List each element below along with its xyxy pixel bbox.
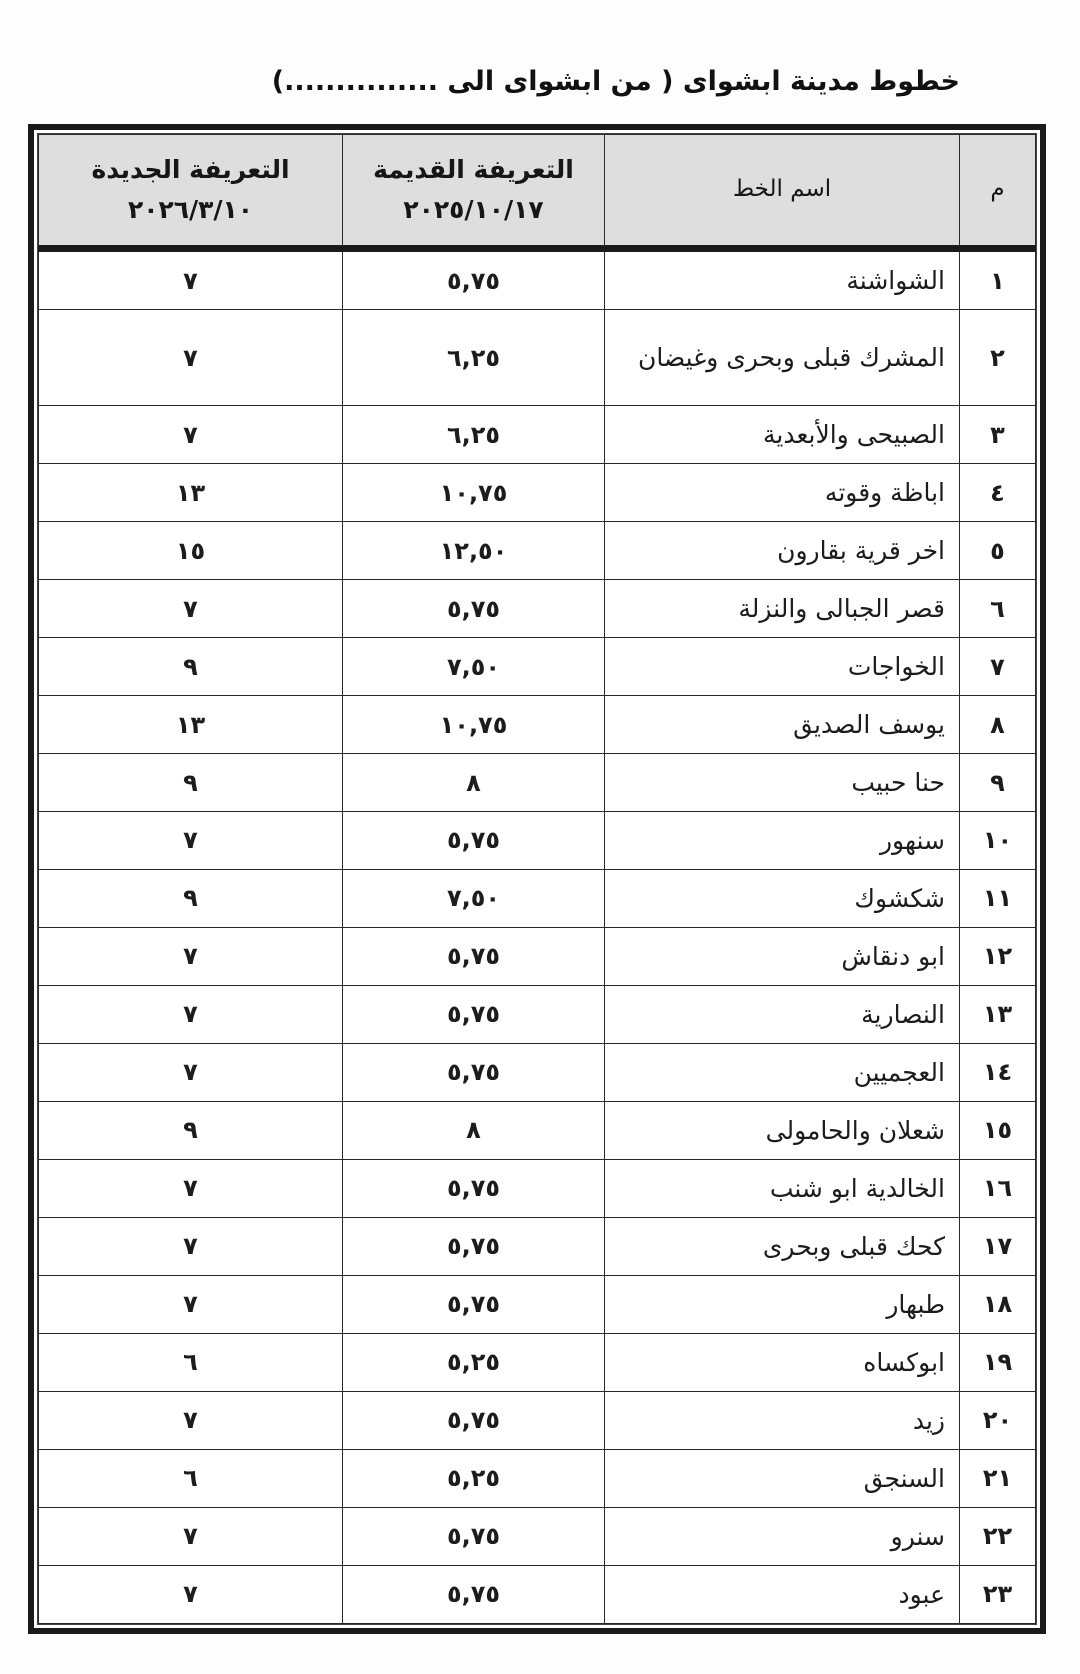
new-fare: ٧ (39, 1391, 343, 1449)
header-new-fare-label: التعريفة الجديدة (91, 155, 289, 184)
row-number: ١٢ (960, 927, 1036, 985)
new-fare: ٩ (39, 869, 343, 927)
new-fare: ١٥ (39, 522, 343, 580)
table-row: ١١ شكشوك ٧,٥٠ ٩ (39, 869, 1036, 927)
row-number: ٣ (960, 406, 1036, 464)
row-number: ٢٠ (960, 1391, 1036, 1449)
header-new-fare: التعريفة الجديدة ٢٠٢٦/٣/١٠ (39, 135, 343, 249)
line-name: العجميين (605, 1043, 960, 1101)
old-fare: ٥,٧٥ (343, 812, 605, 870)
line-name: اخر قرية بقارون (605, 522, 960, 580)
header-number: م (960, 135, 1036, 249)
row-number: ١٨ (960, 1275, 1036, 1333)
line-name: الخالدية ابو شنب (605, 1159, 960, 1217)
line-name: يوسف الصديق (605, 696, 960, 754)
line-name: اباظة وقوته (605, 464, 960, 522)
old-fare: ٦,٢٥ (343, 406, 605, 464)
new-fare: ٦ (39, 1333, 343, 1391)
row-number: ٢٣ (960, 1565, 1036, 1623)
row-number: ٤ (960, 464, 1036, 522)
old-fare: ٥,٢٥ (343, 1333, 605, 1391)
old-fare: ٨ (343, 754, 605, 812)
new-fare: ٧ (39, 1043, 343, 1101)
old-fare: ٥,٧٥ (343, 580, 605, 638)
old-fare: ٥,٧٥ (343, 1391, 605, 1449)
line-name: حنا حبيب (605, 754, 960, 812)
old-fare: ٧,٥٠ (343, 638, 605, 696)
line-name: سنهور (605, 812, 960, 870)
row-number: ٦ (960, 580, 1036, 638)
line-name: النصارية (605, 985, 960, 1043)
table-row: ٨ يوسف الصديق ١٠,٧٥ ١٣ (39, 696, 1036, 754)
header-new-fare-date: ٢٠٢٦/٣/١٠ (47, 192, 334, 228)
line-name: شعلان والحامولى (605, 1101, 960, 1159)
line-name: السنجق (605, 1449, 960, 1507)
row-number: ٢١ (960, 1449, 1036, 1507)
header-old-fare-date: ٢٠٢٥/١٠/١٧ (351, 192, 596, 228)
line-name: قصر الجبالى والنزلة (605, 580, 960, 638)
fare-table-inner-border: م اسم الخط التعريفة القديمة ٢٠٢٥/١٠/١٧ ا… (37, 133, 1037, 1625)
old-fare: ١٢,٥٠ (343, 522, 605, 580)
new-fare: ٧ (39, 1217, 343, 1275)
new-fare: ٧ (39, 1507, 343, 1565)
row-number: ١٥ (960, 1101, 1036, 1159)
new-fare: ٧ (39, 927, 343, 985)
row-number: ٩ (960, 754, 1036, 812)
new-fare: ٩ (39, 638, 343, 696)
table-row: ٣ الصبيحى والأبعدية ٦,٢٥ ٧ (39, 406, 1036, 464)
line-name: المشرك قبلى وبحرى وغيضان (605, 310, 960, 406)
new-fare: ٧ (39, 310, 343, 406)
line-name: الصبيحى والأبعدية (605, 406, 960, 464)
row-number: ١٦ (960, 1159, 1036, 1217)
old-fare: ٥,٢٥ (343, 1449, 605, 1507)
old-fare: ٥,٧٥ (343, 1043, 605, 1101)
new-fare: ٧ (39, 580, 343, 638)
row-number: ١٧ (960, 1217, 1036, 1275)
old-fare: ١٠,٧٥ (343, 696, 605, 754)
header-old-fare: التعريفة القديمة ٢٠٢٥/١٠/١٧ (343, 135, 605, 249)
new-fare: ٧ (39, 812, 343, 870)
document-page: خطوط مدينة ابشواى ( من ابشواى الى ......… (0, 0, 1080, 1674)
old-fare: ١٠,٧٥ (343, 464, 605, 522)
table-row: ١٤ العجميين ٥,٧٥ ٧ (39, 1043, 1036, 1101)
row-number: ١ (960, 249, 1036, 310)
row-number: ٢ (960, 310, 1036, 406)
line-name: عبود (605, 1565, 960, 1623)
table-row: ٢٢ سنرو ٥,٧٥ ٧ (39, 1507, 1036, 1565)
line-name: الخواجات (605, 638, 960, 696)
table-row: ٤ اباظة وقوته ١٠,٧٥ ١٣ (39, 464, 1036, 522)
line-name: ابو دنقاش (605, 927, 960, 985)
document-title: خطوط مدينة ابشواى ( من ابشواى الى ......… (272, 66, 960, 97)
table-row: ١٨ طبهار ٥,٧٥ ٧ (39, 1275, 1036, 1333)
line-name: الشواشنة (605, 249, 960, 310)
fare-table: م اسم الخط التعريفة القديمة ٢٠٢٥/١٠/١٧ ا… (38, 134, 1036, 1624)
table-row: ٧ الخواجات ٧,٥٠ ٩ (39, 638, 1036, 696)
row-number: ١١ (960, 869, 1036, 927)
table-row: ٢١ السنجق ٥,٢٥ ٦ (39, 1449, 1036, 1507)
table-row: ٦ قصر الجبالى والنزلة ٥,٧٥ ٧ (39, 580, 1036, 638)
table-row: ١٥ شعلان والحامولى ٨ ٩ (39, 1101, 1036, 1159)
table-row: ٥ اخر قرية بقارون ١٢,٥٠ ١٥ (39, 522, 1036, 580)
line-name: ابوكساه (605, 1333, 960, 1391)
header-line-name: اسم الخط (605, 135, 960, 249)
table-row: ٢٣ عبود ٥,٧٥ ٧ (39, 1565, 1036, 1623)
new-fare: ٧ (39, 985, 343, 1043)
old-fare: ٧,٥٠ (343, 869, 605, 927)
header-old-fare-label: التعريفة القديمة (373, 155, 574, 184)
row-number: ١٣ (960, 985, 1036, 1043)
table-row: ١ الشواشنة ٥,٧٥ ٧ (39, 249, 1036, 310)
row-number: ١٤ (960, 1043, 1036, 1101)
old-fare: ٥,٧٥ (343, 249, 605, 310)
new-fare: ٩ (39, 754, 343, 812)
table-row: ١٣ النصارية ٥,٧٥ ٧ (39, 985, 1036, 1043)
row-number: ٥ (960, 522, 1036, 580)
old-fare: ٥,٧٥ (343, 1507, 605, 1565)
line-name: طبهار (605, 1275, 960, 1333)
table-header-row: م اسم الخط التعريفة القديمة ٢٠٢٥/١٠/١٧ ا… (39, 135, 1036, 249)
table-row: ٢ المشرك قبلى وبحرى وغيضان ٦,٢٥ ٧ (39, 310, 1036, 406)
old-fare: ٦,٢٥ (343, 310, 605, 406)
old-fare: ٥,٧٥ (343, 1217, 605, 1275)
new-fare: ٧ (39, 249, 343, 310)
table-row: ١٦ الخالدية ابو شنب ٥,٧٥ ٧ (39, 1159, 1036, 1217)
table-row: ٩ حنا حبيب ٨ ٩ (39, 754, 1036, 812)
new-fare: ٧ (39, 406, 343, 464)
new-fare: ١٣ (39, 464, 343, 522)
table-row: ١٧ كحك قبلى وبحرى ٥,٧٥ ٧ (39, 1217, 1036, 1275)
line-name: كحك قبلى وبحرى (605, 1217, 960, 1275)
old-fare: ٥,٧٥ (343, 1159, 605, 1217)
row-number: ١٠ (960, 812, 1036, 870)
line-name: زيد (605, 1391, 960, 1449)
row-number: ٧ (960, 638, 1036, 696)
line-name: سنرو (605, 1507, 960, 1565)
table-row: ٢٠ زيد ٥,٧٥ ٧ (39, 1391, 1036, 1449)
line-name: شكشوك (605, 869, 960, 927)
row-number: ٨ (960, 696, 1036, 754)
old-fare: ٨ (343, 1101, 605, 1159)
old-fare: ٥,٧٥ (343, 985, 605, 1043)
old-fare: ٥,٧٥ (343, 1565, 605, 1623)
row-number: ١٩ (960, 1333, 1036, 1391)
new-fare: ٧ (39, 1275, 343, 1333)
new-fare: ٧ (39, 1565, 343, 1623)
old-fare: ٥,٧٥ (343, 927, 605, 985)
new-fare: ١٣ (39, 696, 343, 754)
table-row: ١٠ سنهور ٥,٧٥ ٧ (39, 812, 1036, 870)
table-row: ١٢ ابو دنقاش ٥,٧٥ ٧ (39, 927, 1036, 985)
old-fare: ٥,٧٥ (343, 1275, 605, 1333)
new-fare: ٩ (39, 1101, 343, 1159)
row-number: ٢٢ (960, 1507, 1036, 1565)
new-fare: ٧ (39, 1159, 343, 1217)
fare-table-frame: م اسم الخط التعريفة القديمة ٢٠٢٥/١٠/١٧ ا… (28, 124, 1046, 1634)
table-body: ١ الشواشنة ٥,٧٥ ٧ ٢ المشرك قبلى وبحرى وغ… (39, 249, 1036, 1624)
table-row: ١٩ ابوكساه ٥,٢٥ ٦ (39, 1333, 1036, 1391)
new-fare: ٦ (39, 1449, 343, 1507)
